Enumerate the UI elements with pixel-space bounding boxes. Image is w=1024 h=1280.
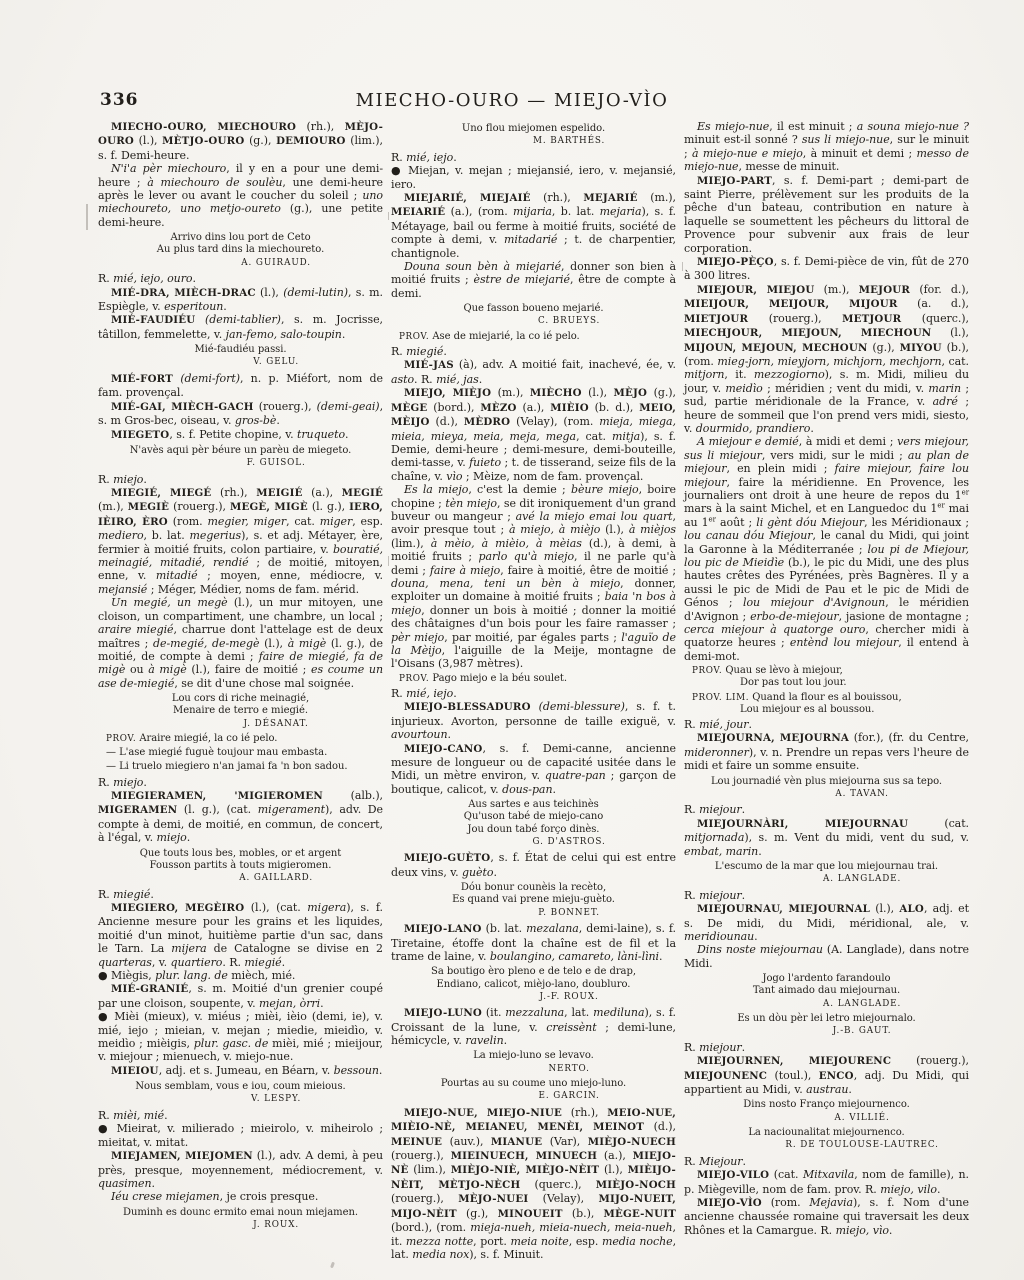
verse-line: Uno flou miejomen espelido. bbox=[391, 123, 676, 135]
verse-line: N'avès aqui pèr béure un parèu de mieget… bbox=[98, 445, 383, 457]
verse-line: Jogo l'ardento farandoulo bbox=[684, 973, 969, 985]
dictionary-paragraph: MIEJOUR, MIEJOU (m.), MEJOUR (for. d.), … bbox=[684, 283, 969, 435]
citation-author: M. BARTHÉS. bbox=[391, 136, 676, 148]
dictionary-paragraph: MIEJO-LUNO (it. mezzaluna, lat. mediluna… bbox=[391, 1006, 676, 1047]
dictionary-paragraph: R. miejour. bbox=[684, 803, 969, 816]
proverb: PROV. Pago miejo e la béu soulet. bbox=[391, 673, 676, 685]
verse-line: Aus sartes e aus teichinès bbox=[391, 799, 676, 811]
dictionary-paragraph: Douna soun bèn à miejarié, donner son bi… bbox=[391, 260, 676, 300]
dictionary-paragraph: MIÉ-DRA, MIÈCH-DRAC (l.), (demi-lutin), … bbox=[98, 286, 383, 314]
dictionary-paragraph: MIEJARIÉ, MIEJAIÉ (rh.), MEJARIÉ (m.), M… bbox=[391, 191, 676, 260]
verse-line: L'escumo de la mar que lou miejournau tr… bbox=[684, 861, 969, 873]
scan-artifact bbox=[682, 262, 683, 271]
text-columns: MIECHO-OURO, MIECHOURO (rh.), MÈJO-OURO … bbox=[98, 120, 970, 1261]
dictionary-paragraph: MIEJOURNEN, MIEJOURENC (rouerg.), MIEJOU… bbox=[684, 1054, 969, 1096]
proverb: PROV. Araire miegié, la co ié pelo. bbox=[98, 733, 383, 745]
citation-author: P. BONNET. bbox=[391, 908, 676, 920]
verse-citation: N'avès aqui pèr béure un parèu de mieget… bbox=[98, 445, 383, 457]
dictionary-paragraph: MIEJO-VÌO (rom. Mejavia), s. f. Nom d'un… bbox=[684, 1196, 969, 1237]
verse-line: Tant aimado dau miejournau. bbox=[684, 985, 969, 997]
verse-line: La naciounalitat miejournenco. bbox=[684, 1127, 969, 1139]
dictionary-paragraph: MIEJOURNAU, MIEJOURNAL (l.), ALO, adj. e… bbox=[684, 902, 969, 943]
dictionary-paragraph: R. miejour. bbox=[684, 889, 969, 902]
column-middle: Uno flou miejomen espelido.M. BARTHÉS.R.… bbox=[391, 120, 676, 1261]
dictionary-paragraph: MIÉ-GRANIÉ, s. m. Moitié d'un grenier co… bbox=[98, 982, 383, 1010]
verse-citation: Aus sartes e aus teichinèsQu'uson tabé d… bbox=[391, 799, 676, 836]
proverb-line: PROV. Ase de miejarié, la co ié pelo. bbox=[391, 331, 676, 343]
verse-citation: Sa boutigo èro pleno e de telo e de drap… bbox=[391, 966, 676, 990]
dictionary-paragraph: ● Miègis, plur. lang. de mièch, mié. bbox=[98, 969, 383, 982]
verse-citation: Arrivo dins lou port de CetoAu plus tard… bbox=[98, 232, 383, 256]
verse-citation: Mié-faudiéu passi. bbox=[98, 344, 383, 356]
citation-author: J.-F. ROUX. bbox=[391, 992, 676, 1004]
verse-citation: La miejo-luno se levavo. bbox=[391, 1050, 676, 1062]
dictionary-paragraph: Dins noste miejournau (A. Langlade), dan… bbox=[684, 943, 969, 970]
citation-author: E. GARCIN. bbox=[391, 1091, 676, 1103]
verse-citation: Que fasson boueno mejarié. bbox=[391, 303, 676, 315]
verse-line: Arrivo dins lou port de Ceto bbox=[98, 232, 383, 244]
verse-line: Dóu bonur counèis la recèto, bbox=[391, 882, 676, 894]
verse-citation: La naciounalitat miejournenco. bbox=[684, 1127, 969, 1139]
dictionary-paragraph: R. miegié. bbox=[98, 888, 383, 901]
running-head: MIECHO-OURO — MIEJO-VÌO bbox=[0, 90, 1024, 111]
verse-citation: Jogo l'ardento farandouloTant aimado dau… bbox=[684, 973, 969, 997]
dictionary-paragraph: MIEJO-PART, s. f. Demi-part ; demi-part … bbox=[684, 174, 969, 255]
citation-author: A. VILLIÉ. bbox=[684, 1113, 969, 1125]
verse-line: Que fasson boueno mejarié. bbox=[391, 303, 676, 315]
citation-author: C. BRUEYS. bbox=[391, 316, 676, 328]
dictionary-paragraph: MIEJO-PÈÇO, s. f. Demi-pièce de vin, fût… bbox=[684, 255, 969, 283]
verse-line: Dins nosto Franço miejournenco. bbox=[684, 1099, 969, 1111]
scan-artifact bbox=[86, 204, 88, 230]
verse-line: Lou cors di riche meinagié, bbox=[98, 693, 383, 705]
proverb-line: PROV. LIM. Quand la flour es al bouissou… bbox=[684, 692, 969, 704]
column-left: MIECHO-OURO, MIECHOURO (rh.), MÈJO-OURO … bbox=[98, 120, 383, 1261]
verse-citation: Que touts lous bes, mobles, or et argent… bbox=[98, 848, 383, 872]
dictionary-paragraph: MIEGIERAMEN, 'MIGIEROMEN (alb.), MIGERAM… bbox=[98, 789, 383, 845]
scan-artifact bbox=[388, 212, 389, 220]
dictionary-paragraph: MIEJO, MIÈJO (m.), MIÈCHO (l.), MÈJO (g.… bbox=[391, 386, 676, 483]
dictionary-paragraph: MIEGIERO, MEGÈIRO (l.), (cat. migera), s… bbox=[98, 901, 383, 969]
dictionary-paragraph: Es miejo-nue, il est minuit ; a souna mi… bbox=[684, 120, 969, 174]
verse-line: Qu'uson tabé de miejo-cano bbox=[391, 811, 676, 823]
verse-line: Sa boutigo èro pleno e de telo e de drap… bbox=[391, 966, 676, 978]
dictionary-paragraph: MIEJO-GUÈTO, s. f. État de celui qui est… bbox=[391, 851, 676, 879]
proverb: PROV. LIM. Quand la flour es al bouissou… bbox=[684, 692, 969, 716]
verse-line: Pourtas au su coume uno miejo-luno. bbox=[391, 1078, 676, 1090]
dictionary-paragraph: MIEJO-LANO (b. lat. mezalana, demi-laine… bbox=[391, 922, 676, 963]
dictionary-paragraph: MIEIOU, adj. et s. Jumeau, en Béarn, v. … bbox=[98, 1064, 383, 1078]
verse-citation: Nous semblam, vous e iou, coum mieious. bbox=[98, 1081, 383, 1093]
citation-author: A. LANGLADE. bbox=[684, 999, 969, 1011]
verse-line: Es quand vai prene mieju-guèto. bbox=[391, 894, 676, 906]
dictionary-paragraph: R. mié, iejo. bbox=[391, 687, 676, 700]
verse-citation: Dins nosto Franço miejournenco. bbox=[684, 1099, 969, 1111]
proverb-line: — Li truelo miegiero n'an jamai fa 'n bo… bbox=[98, 761, 383, 773]
proverb: PROV. Ase de miejarié, la co ié pelo. bbox=[391, 331, 676, 343]
dictionary-paragraph: MIEGIÉ, MIEGÉ (rh.), MEIGIÉ (a.), MEGIÉ … bbox=[98, 486, 383, 596]
dictionary-paragraph: MIEJOURNA, MEJOURNA (for.), (fr. du Cent… bbox=[684, 731, 969, 772]
verse-citation: Uno flou miejomen espelido. bbox=[391, 123, 676, 135]
proverb-line: Lou miejour es al boussou. bbox=[684, 704, 969, 716]
verse-line: Menaire de terro e miegié. bbox=[98, 705, 383, 717]
verse-citation: Pourtas au su coume uno miejo-luno. bbox=[391, 1078, 676, 1090]
proverb-line: PROV. Quau se lèvo à miejour, bbox=[684, 665, 969, 677]
dictionary-paragraph: MIEJOURNÀRI, MIEJOURNAU (cat. mitjornada… bbox=[684, 817, 969, 858]
citation-author: A. GUIRAUD. bbox=[98, 258, 383, 270]
dictionary-paragraph: R. miejour. bbox=[684, 1041, 969, 1054]
citation-author: G. D'ASTROS. bbox=[391, 837, 676, 849]
dictionary-paragraph: Un megié, un megè (l.), un mur mitoyen, … bbox=[98, 596, 383, 690]
dictionary-paragraph: ● Miejan, v. mejan ; miejansié, iero, v.… bbox=[391, 164, 676, 191]
dictionary-paragraph: ● Mièi (mieux), v. miéus ; mièi, ièio (d… bbox=[98, 1010, 383, 1064]
dictionary-paragraph: R. miegié. bbox=[391, 345, 676, 358]
proverb: — Li truelo miegiero n'an jamai fa 'n bo… bbox=[98, 761, 383, 773]
verse-citation: Duminh es dounc ermito emai noun miejame… bbox=[98, 1207, 383, 1219]
dictionary-paragraph: R. miejo. bbox=[98, 776, 383, 789]
dictionary-paragraph: A miejour e demié, à midi et demi ; vers… bbox=[684, 435, 969, 663]
proverb: — L'ase miegié fuguè toujour mau embasta… bbox=[98, 747, 383, 759]
citation-author: J. DÉSANAT. bbox=[98, 719, 383, 731]
citation-author: R. DE TOULOUSE-LAUTREC. bbox=[684, 1140, 969, 1152]
verse-citation: Es un dòu pèr lei letro miejournalo. bbox=[684, 1013, 969, 1025]
scan-artifact bbox=[330, 1262, 335, 1269]
proverb-line: — L'ase miegié fuguè toujour mau embasta… bbox=[98, 747, 383, 759]
verse-line: Es un dòu pèr lei letro miejournalo. bbox=[684, 1013, 969, 1025]
verse-line: Mié-faudiéu passi. bbox=[98, 344, 383, 356]
dictionary-paragraph: MIEJO-BLESSADURO (demi-blessure), s. f. … bbox=[391, 700, 676, 741]
citation-author: J.-B. GAUT. bbox=[684, 1026, 969, 1038]
dictionary-paragraph: R. mièi, mié. bbox=[98, 1109, 383, 1122]
citation-author: A. GAILLARD. bbox=[98, 873, 383, 885]
citation-author: A. TAVAN. bbox=[684, 789, 969, 801]
verse-citation: L'escumo de la mar que lou miejournau tr… bbox=[684, 861, 969, 873]
verse-line: Nous semblam, vous e iou, coum mieious. bbox=[98, 1081, 383, 1093]
citation-author: V. GELU. bbox=[98, 357, 383, 369]
dictionary-paragraph: R. miejo. bbox=[98, 473, 383, 486]
scan-artifact bbox=[388, 556, 389, 566]
proverb-line: Dor pas tout lou jour. bbox=[684, 677, 969, 689]
dictionary-paragraph: MIEGETO, s. f. Petite chopine, v. truque… bbox=[98, 428, 383, 442]
citation-author: F. GUISOL. bbox=[98, 458, 383, 470]
dictionary-paragraph: MIÉ-GAI, MIÈCH-GACH (rouerg.), (demi-gea… bbox=[98, 400, 383, 428]
verse-line: Endiano, calicot, mièjo-lano, doubluro. bbox=[391, 979, 676, 991]
dictionary-paragraph: MIEJAMEN, MIEJOMEN (l.), adv. A demi, à … bbox=[98, 1149, 383, 1190]
dictionary-paragraph: MIÉ-JAS (à), adv. A moitié fait, inachev… bbox=[391, 358, 676, 386]
verse-line: Lou journadié vèn plus miejourna sus sa … bbox=[684, 776, 969, 788]
dictionary-paragraph: R. mié, jour. bbox=[684, 718, 969, 731]
dictionary-paragraph: MIEJO-CANO, s. f. Demi-canne, ancienne m… bbox=[391, 742, 676, 797]
verse-line: Duminh es dounc ermito emai noun miejame… bbox=[98, 1207, 383, 1219]
citation-author: NERTO. bbox=[391, 1064, 676, 1076]
dictionary-paragraph: MIEJO-VILO (cat. Mitxavila, nom de famil… bbox=[684, 1168, 969, 1196]
citation-author: A. LANGLADE. bbox=[684, 874, 969, 886]
proverb-line: PROV. Araire miegié, la co ié pelo. bbox=[98, 733, 383, 745]
dictionary-paragraph: R. Miejour. bbox=[684, 1155, 969, 1168]
dictionary-paragraph: R. mié, iejo, ouro. bbox=[98, 272, 383, 285]
dictionary-paragraph: Es la miejo, c'est la demie ; bèure miej… bbox=[391, 483, 676, 671]
citation-author: V. LESPY. bbox=[98, 1094, 383, 1106]
dictionary-paragraph: Iéu crese miejamen, je crois presque. bbox=[98, 1190, 383, 1203]
citation-author: J. ROUX. bbox=[98, 1220, 383, 1232]
verse-line: Que touts lous bes, mobles, or et argent bbox=[98, 848, 383, 860]
proverb-line: PROV. Pago miejo e la béu soulet. bbox=[391, 673, 676, 685]
verse-line: Jou doun tabé forço dinès. bbox=[391, 824, 676, 836]
dictionary-paragraph: ● Mieirat, v. milierado ; mieirolo, v. m… bbox=[98, 1122, 383, 1149]
proverb: PROV. Quau se lèvo à miejour,Dor pas tou… bbox=[684, 665, 969, 689]
verse-citation: Lou journadié vèn plus miejourna sus sa … bbox=[684, 776, 969, 788]
dictionary-paragraph: MIÉ-FORT (demi-fort), n. p. Miéfort, nom… bbox=[98, 372, 383, 400]
dictionary-paragraph: MIÉ-FAUDIÉU (demi-tablier), s. m. Jocris… bbox=[98, 313, 383, 341]
scanned-dictionary-page: 336 MIECHO-OURO — MIEJO-VÌO MIECHO-OURO,… bbox=[0, 0, 1024, 1280]
dictionary-paragraph: MIECHO-OURO, MIECHOURO (rh.), MÈJO-OURO … bbox=[98, 120, 383, 162]
verse-line: Fousson partits à touts migieromen. bbox=[98, 860, 383, 872]
dictionary-paragraph: MIEJO-NUE, MIEJO-NIUE (rh.), MEIO-NUE, M… bbox=[391, 1106, 676, 1261]
column-right: Es miejo-nue, il est minuit ; a souna mi… bbox=[684, 120, 969, 1261]
verse-citation: Lou cors di riche meinagié,Menaire de te… bbox=[98, 693, 383, 717]
verse-citation: Dóu bonur counèis la recèto,Es quand vai… bbox=[391, 882, 676, 906]
verse-line: La miejo-luno se levavo. bbox=[391, 1050, 676, 1062]
verse-line: Au plus tard dins la miechoureto. bbox=[98, 244, 383, 256]
dictionary-paragraph: N'i'a pèr miechouro, il y en a pour une … bbox=[98, 162, 383, 229]
dictionary-paragraph: R. mié, iejo. bbox=[391, 151, 676, 164]
